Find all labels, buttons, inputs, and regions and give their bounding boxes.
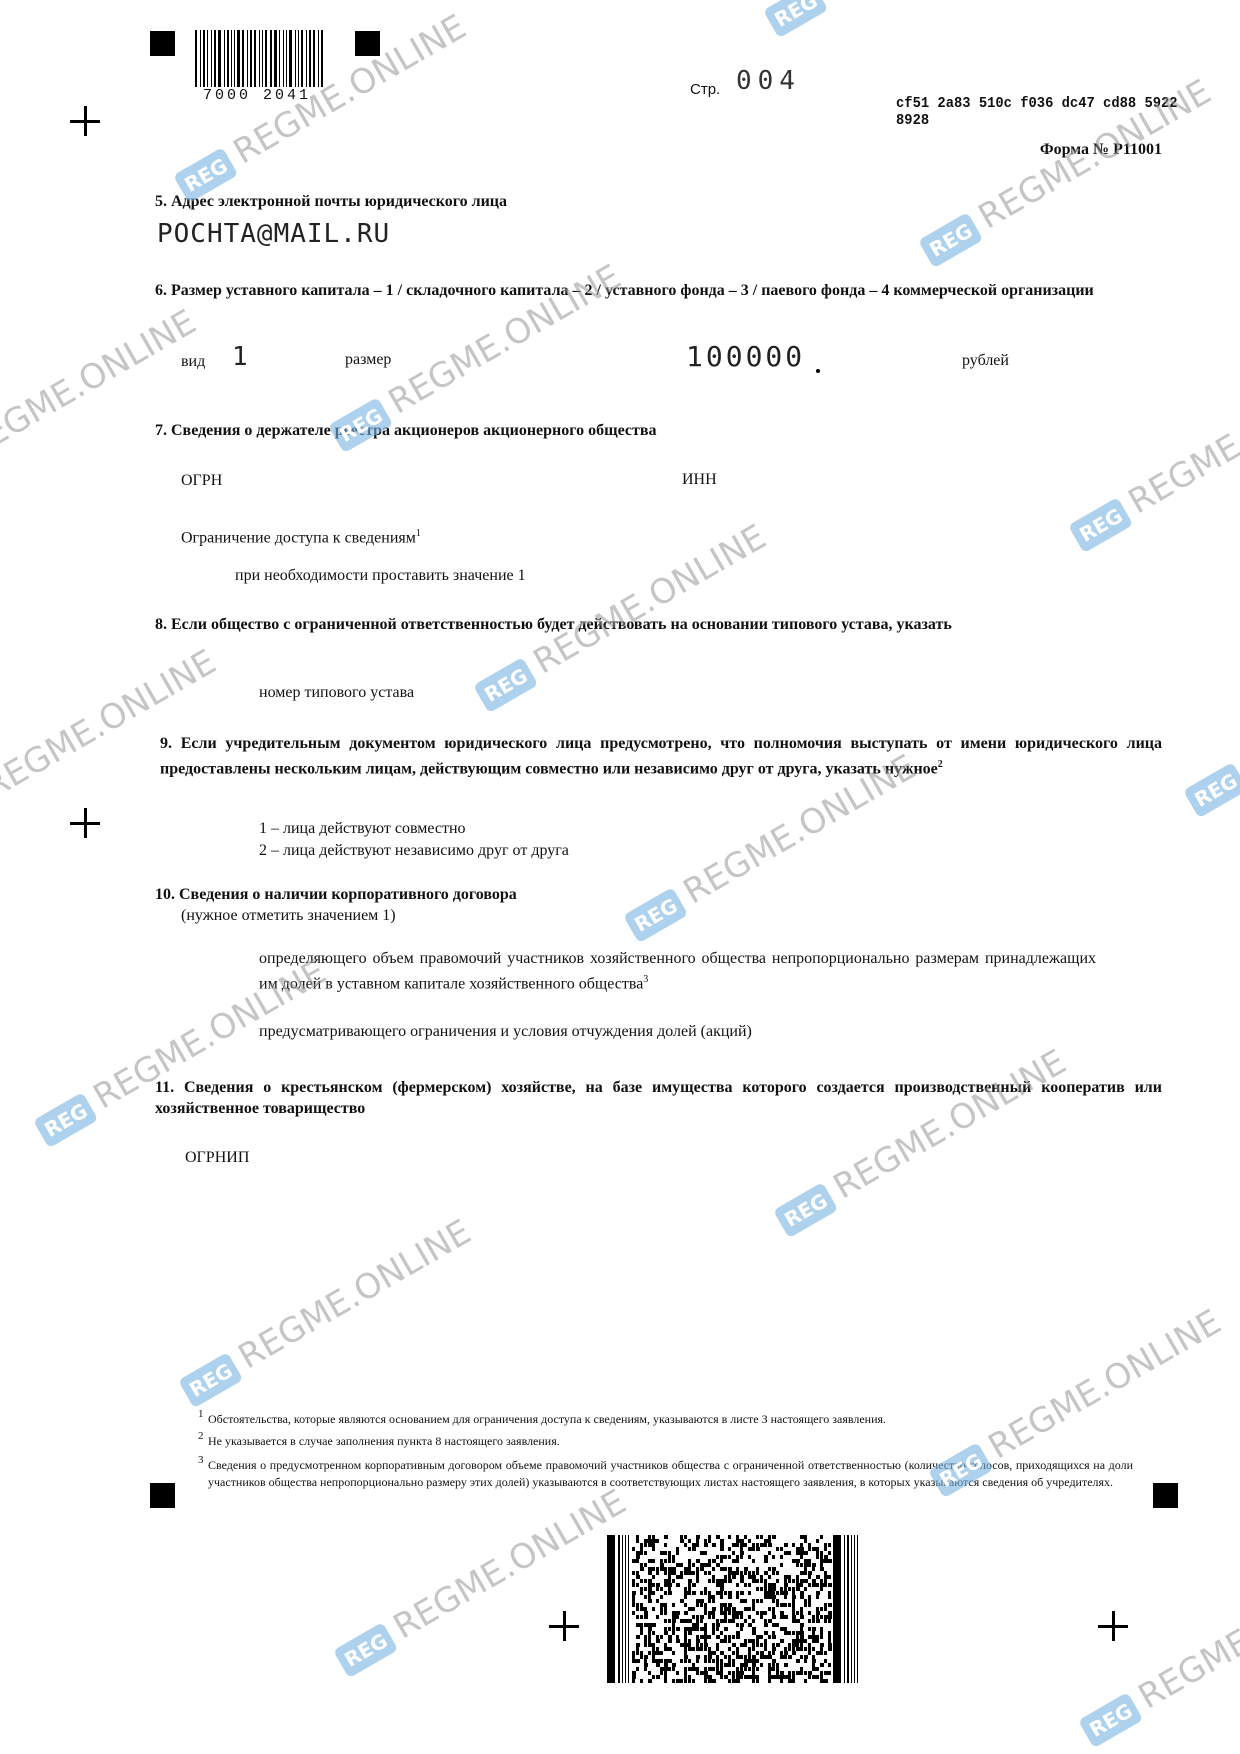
- registration-mark-top-left: [150, 31, 175, 56]
- watermark-stamp-icon: REG: [623, 886, 689, 942]
- ogrnip-label: ОГРНИП: [185, 1147, 249, 1168]
- watermark: REGREGME.ONLINE: [0, 302, 203, 500]
- watermark-stamp-icon: REG: [763, 0, 829, 38]
- watermark-text: REGME.ONLINE: [817, 0, 1063, 7]
- watermark-stamp-icon: REG: [1068, 496, 1134, 552]
- section-6-title-text: 6. Размер уставного капитала – 1 / склад…: [155, 282, 1094, 299]
- registration-mark-bottom-left: [150, 1483, 175, 1508]
- registration-mark-bottom-right: [1153, 1483, 1178, 1508]
- page-label: Стр.: [690, 81, 720, 98]
- section-8-title-text: 8. Если общество с ограниченной ответств…: [155, 616, 952, 633]
- document-hash: cf51 2a83 510c f036 dc47 cd88 5922 8928: [896, 95, 1212, 129]
- access-restriction-text: Ограничение доступа к сведениям: [181, 529, 416, 546]
- footnote-1-number: 1: [198, 1406, 204, 1423]
- currency-label: рублей: [962, 350, 1009, 371]
- section-10-subtitle: (нужное отметить значением 1): [181, 905, 396, 926]
- section-8-title: 8. Если общество с ограниченной ответств…: [155, 614, 1138, 635]
- registration-mark-top-right: [355, 31, 380, 56]
- footnote-2-text: Не указывается в случае заполнения пункт…: [208, 1433, 1133, 1450]
- watermark-stamp-icon: REG: [473, 656, 539, 712]
- access-restriction-hint: при необходимости проставить значение 1: [235, 565, 526, 586]
- authority-option-1: 1 – лица действуют совместно: [259, 818, 466, 839]
- linear-barcode: [195, 30, 325, 87]
- footnote-2: 2 Не указывается в случае заполнения пун…: [198, 1433, 1133, 1450]
- pdf417-barcode: [607, 1535, 879, 1683]
- watermark: REGREGME.ONLINE: [330, 1482, 633, 1680]
- watermark-text: REGME.ONLINE: [232, 1212, 478, 1377]
- form-number: Форма № Р11001: [1040, 141, 1162, 159]
- section-5-title: 5. Адрес электронной почты юридического …: [155, 191, 507, 212]
- section-9-title: 9. Если учредительным документом юридиче…: [160, 733, 1162, 779]
- footnote-ref-3: 3: [643, 974, 648, 985]
- watermark-text: REGME.ONLINE: [1122, 357, 1240, 522]
- email-field[interactable]: POCHTA@MAIL.RU: [157, 219, 390, 249]
- watermark-stamp-icon: REG: [33, 1091, 99, 1147]
- capital-kind-label: вид: [181, 351, 205, 372]
- watermark: REGREGME.ONLINE: [1180, 622, 1240, 820]
- section-9-title-text: 9. Если учредительным документом юридиче…: [160, 735, 1162, 777]
- page-number: 004: [736, 66, 801, 96]
- watermark-text: REGME.ONLINE: [1132, 1552, 1240, 1717]
- section-11-title: 11. Сведения о крестьянском (фермерском)…: [155, 1077, 1162, 1119]
- ogrn-label: ОГРН: [181, 470, 222, 491]
- capital-kind-field[interactable]: 1: [232, 342, 248, 372]
- footnote-3-text: Сведения о предусмотренном корпоративным…: [208, 1457, 1133, 1491]
- watermark: REGREGME.ONLINE: [175, 1212, 478, 1410]
- crosshair-mark-bottom-left: [549, 1611, 579, 1641]
- watermark-text: REGME.ONLINE: [827, 1042, 1073, 1207]
- capital-size-label: размер: [345, 349, 391, 370]
- corporate-agreement-option-2: предусматривающего ограничения и условия…: [259, 1021, 752, 1042]
- inn-label: ИНН: [682, 469, 717, 490]
- crosshair-mark-bottom-right: [1098, 1611, 1128, 1641]
- corporate-agreement-option-1: определяющего объем правомочий участнико…: [259, 948, 1096, 994]
- footnote-1-text: Обстоятельства, которые являются основан…: [208, 1411, 1133, 1428]
- watermark: REGREGME.ONLINE: [770, 1042, 1073, 1240]
- footnote-1: 1 Обстоятельства, которые являются основ…: [198, 1411, 1133, 1428]
- model-charter-label: номер типового устава: [259, 682, 414, 703]
- crosshair-mark-top-left: [70, 106, 100, 136]
- watermark-stamp-icon: REG: [178, 1351, 244, 1407]
- section-10-title: 10. Сведения о наличии корпоративного до…: [155, 884, 517, 905]
- watermark-text: REGME.ONLINE: [0, 642, 223, 807]
- footnote-ref-1: 1: [416, 528, 421, 539]
- watermark-text: REGME.ONLINE: [527, 517, 773, 682]
- barcode-number: 7000 2041: [203, 87, 311, 104]
- crosshair-mark-mid-left: [70, 808, 100, 838]
- footnote-3-number: 3: [198, 1452, 204, 1469]
- section-6-title: 6. Размер уставного капитала – 1 / склад…: [155, 280, 1162, 301]
- watermark-stamp-icon: REG: [918, 211, 984, 267]
- footnote-3: 3 Сведения о предусмотренном корпоративн…: [198, 1457, 1133, 1491]
- watermark-stamp-icon: REG: [333, 1621, 399, 1677]
- footnote-2-number: 2: [198, 1428, 204, 1445]
- section-11-title-text: 11. Сведения о крестьянском (фермерском)…: [155, 1079, 1162, 1117]
- watermark-text: REGME.ONLINE: [0, 302, 203, 467]
- watermark: REGREGME.ONLINE: [1075, 1552, 1240, 1750]
- capital-size-field[interactable]: 100000: [686, 340, 805, 373]
- watermark-text: REGME.ONLINE: [387, 1482, 633, 1647]
- footnote-ref-2: 2: [938, 759, 943, 770]
- watermark: REGREGME.ONLINE: [760, 0, 1063, 40]
- section-7-title: 7. Сведения о держателе реестра акционер…: [155, 420, 657, 441]
- corporate-agreement-option-1-text: определяющего объем правомочий участнико…: [259, 950, 1096, 992]
- watermark-stamp-icon: REG: [1183, 761, 1240, 817]
- access-restriction-label: Ограничение доступа к сведениям1: [181, 523, 421, 548]
- watermark: REGREGME.ONLINE: [1065, 357, 1240, 555]
- authority-option-2: 2 – лица действуют независимо друг от др…: [259, 840, 569, 861]
- watermark-stamp-icon: REG: [1078, 1691, 1144, 1747]
- decimal-point: [816, 369, 820, 373]
- watermark-stamp-icon: REG: [773, 1181, 839, 1237]
